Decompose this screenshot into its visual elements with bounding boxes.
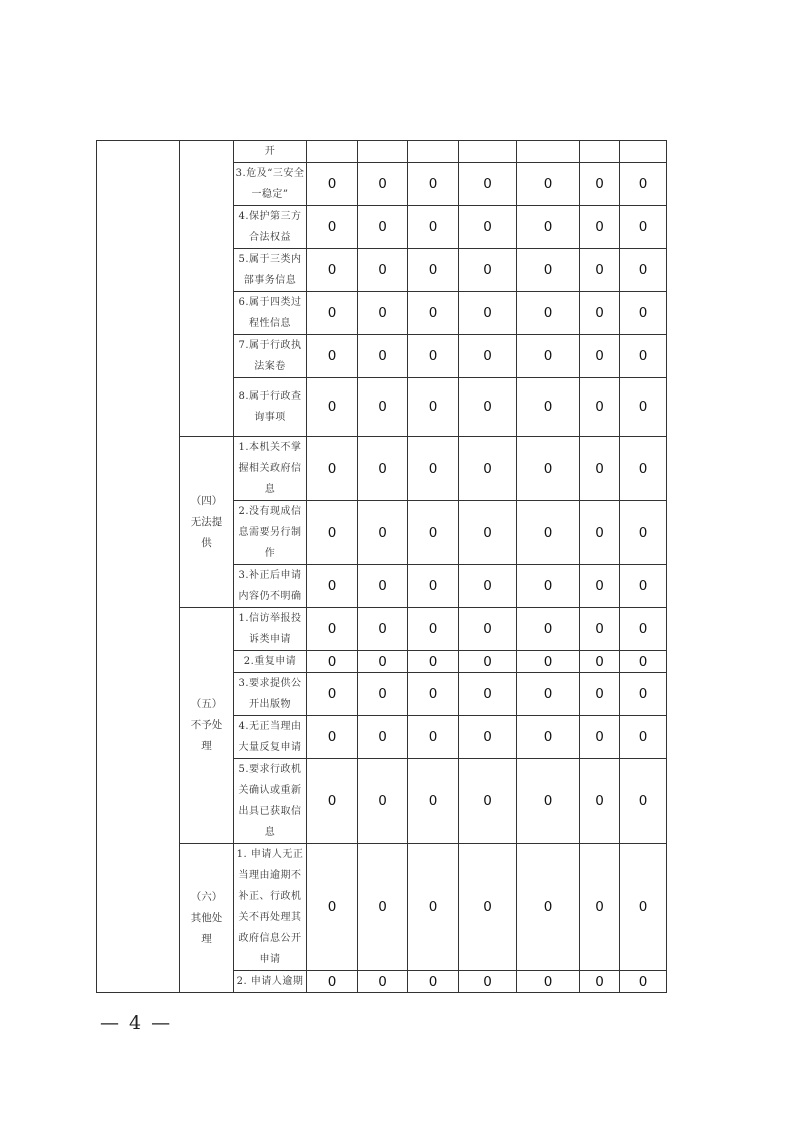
value-cell: 0 xyxy=(307,437,358,501)
value-cell: 0 xyxy=(580,673,620,716)
value-cell: 0 xyxy=(408,501,459,565)
value-cell: 0 xyxy=(620,759,667,844)
value-cell: 0 xyxy=(408,292,459,335)
value-cell: 0 xyxy=(620,437,667,501)
value-cell: 0 xyxy=(307,292,358,335)
value-cell: 0 xyxy=(580,163,620,206)
value-cell: 0 xyxy=(459,378,517,437)
item-label: 1.本机关不掌握相关政府信息 xyxy=(234,437,307,501)
value-cell: 0 xyxy=(517,759,580,844)
item-label: 2.重复申请 xyxy=(234,651,307,673)
value-cell xyxy=(580,141,620,163)
value-cell: 0 xyxy=(408,716,459,759)
value-cell: 0 xyxy=(459,437,517,501)
value-cell: 0 xyxy=(408,673,459,716)
group4-label: （四）无法提供 xyxy=(180,437,234,608)
value-cell xyxy=(408,141,459,163)
item-label: 3.危及“三安全一稳定” xyxy=(234,163,307,206)
value-cell: 0 xyxy=(408,608,459,651)
item-label: 2. 申请人逾期 xyxy=(234,971,307,993)
value-cell: 0 xyxy=(408,335,459,378)
value-cell: 0 xyxy=(517,292,580,335)
value-cell: 0 xyxy=(517,335,580,378)
item-label: 8.属于行政查询事项 xyxy=(234,378,307,437)
value-cell: 0 xyxy=(307,971,358,993)
value-cell: 0 xyxy=(358,206,408,249)
value-cell: 0 xyxy=(459,673,517,716)
item-label: 4.保护第三方合法权益 xyxy=(234,206,307,249)
value-cell: 0 xyxy=(620,163,667,206)
value-cell: 0 xyxy=(620,378,667,437)
item-label: 2.没有现成信息需要另行制作 xyxy=(234,501,307,565)
value-cell: 0 xyxy=(620,971,667,993)
value-cell: 0 xyxy=(517,378,580,437)
value-cell: 0 xyxy=(620,716,667,759)
value-cell xyxy=(620,141,667,163)
value-cell: 0 xyxy=(408,206,459,249)
value-cell: 0 xyxy=(408,651,459,673)
value-cell: 0 xyxy=(459,163,517,206)
value-cell: 0 xyxy=(307,651,358,673)
value-cell: 0 xyxy=(307,249,358,292)
value-cell: 0 xyxy=(408,437,459,501)
value-cell: 0 xyxy=(620,673,667,716)
value-cell: 0 xyxy=(459,971,517,993)
value-cell: 0 xyxy=(580,608,620,651)
group5-label: （五）不予处理 xyxy=(180,608,234,844)
value-cell xyxy=(517,141,580,163)
value-cell: 0 xyxy=(580,335,620,378)
value-cell: 0 xyxy=(517,206,580,249)
value-cell: 0 xyxy=(307,673,358,716)
value-cell: 0 xyxy=(307,565,358,608)
value-cell: 0 xyxy=(408,759,459,844)
value-cell xyxy=(307,141,358,163)
value-cell: 0 xyxy=(459,565,517,608)
category-cell xyxy=(97,141,180,993)
value-cell: 0 xyxy=(517,249,580,292)
value-cell: 0 xyxy=(307,206,358,249)
value-cell: 0 xyxy=(517,673,580,716)
value-cell: 0 xyxy=(580,249,620,292)
item-label: 1.信访举报投诉类申请 xyxy=(234,608,307,651)
value-cell: 0 xyxy=(307,335,358,378)
value-cell: 0 xyxy=(358,716,408,759)
value-cell: 0 xyxy=(408,971,459,993)
value-cell: 0 xyxy=(358,378,408,437)
value-cell: 0 xyxy=(358,335,408,378)
value-cell: 0 xyxy=(517,608,580,651)
value-cell: 0 xyxy=(358,673,408,716)
value-cell: 0 xyxy=(408,378,459,437)
value-cell xyxy=(358,141,408,163)
value-cell: 0 xyxy=(620,608,667,651)
value-cell: 0 xyxy=(620,206,667,249)
page-number: — 4 — xyxy=(100,1012,172,1034)
value-cell: 0 xyxy=(580,651,620,673)
value-cell: 0 xyxy=(580,501,620,565)
value-cell: 0 xyxy=(620,335,667,378)
value-cell: 0 xyxy=(459,716,517,759)
value-cell: 0 xyxy=(620,651,667,673)
value-cell: 0 xyxy=(358,608,408,651)
value-cell: 0 xyxy=(459,292,517,335)
table-row: （四）无法提供1.本机关不掌握相关政府信息0000000 xyxy=(97,437,667,501)
value-cell: 0 xyxy=(580,437,620,501)
value-cell: 0 xyxy=(358,163,408,206)
value-cell: 0 xyxy=(580,565,620,608)
value-cell: 0 xyxy=(620,565,667,608)
value-cell: 0 xyxy=(580,292,620,335)
value-cell: 0 xyxy=(459,335,517,378)
value-cell: 0 xyxy=(620,292,667,335)
value-cell: 0 xyxy=(517,971,580,993)
value-cell: 0 xyxy=(517,501,580,565)
value-cell: 0 xyxy=(580,378,620,437)
value-cell: 0 xyxy=(307,844,358,971)
table-row: 开 xyxy=(97,141,667,163)
value-cell: 0 xyxy=(580,206,620,249)
group6-label: （六）其他处理 xyxy=(180,844,234,993)
value-cell: 0 xyxy=(358,501,408,565)
value-cell: 0 xyxy=(408,249,459,292)
value-cell: 0 xyxy=(358,759,408,844)
value-cell: 0 xyxy=(307,608,358,651)
value-cell: 0 xyxy=(517,651,580,673)
value-cell: 0 xyxy=(517,716,580,759)
value-cell: 0 xyxy=(307,501,358,565)
government-info-disclosure-table: 开3.危及“三安全一稳定”00000004.保护第三方合法权益00000005.… xyxy=(96,140,667,993)
item-label: 5.属于三类内部事务信息 xyxy=(234,249,307,292)
table-row: （五）不予处理1.信访举报投诉类申请0000000 xyxy=(97,608,667,651)
value-cell: 0 xyxy=(517,163,580,206)
value-cell: 0 xyxy=(459,759,517,844)
value-cell: 0 xyxy=(358,971,408,993)
value-cell: 0 xyxy=(408,844,459,971)
item-label: 1. 申请人无正当理由逾期不补正、行政机关不再处理其政府信息公开申请 xyxy=(234,844,307,971)
item-label: 开 xyxy=(234,141,307,163)
value-cell: 0 xyxy=(620,501,667,565)
item-label: 4.无正当理由大量反复申请 xyxy=(234,716,307,759)
value-cell: 0 xyxy=(580,844,620,971)
value-cell: 0 xyxy=(408,163,459,206)
value-cell: 0 xyxy=(358,437,408,501)
value-cell: 0 xyxy=(459,844,517,971)
value-cell: 0 xyxy=(408,565,459,608)
value-cell: 0 xyxy=(358,565,408,608)
value-cell: 0 xyxy=(580,716,620,759)
value-cell: 0 xyxy=(358,292,408,335)
value-cell: 0 xyxy=(358,651,408,673)
value-cell: 0 xyxy=(517,565,580,608)
table-row: （六）其他处理1. 申请人无正当理由逾期不补正、行政机关不再处理其政府信息公开申… xyxy=(97,844,667,971)
value-cell: 0 xyxy=(620,844,667,971)
item-label: 3.补正后申请内容仍不明确 xyxy=(234,565,307,608)
value-cell: 0 xyxy=(358,249,408,292)
value-cell: 0 xyxy=(517,844,580,971)
value-cell: 0 xyxy=(358,844,408,971)
value-cell: 0 xyxy=(459,501,517,565)
value-cell: 0 xyxy=(459,249,517,292)
value-cell: 0 xyxy=(620,249,667,292)
value-cell: 0 xyxy=(307,716,358,759)
value-cell xyxy=(459,141,517,163)
value-cell: 0 xyxy=(517,437,580,501)
item-label: 7.属于行政执法案卷 xyxy=(234,335,307,378)
value-cell: 0 xyxy=(459,608,517,651)
value-cell: 0 xyxy=(307,378,358,437)
value-cell: 0 xyxy=(307,759,358,844)
value-cell: 0 xyxy=(307,163,358,206)
value-cell: 0 xyxy=(459,206,517,249)
item-label: 3.要求提供公开出版物 xyxy=(234,673,307,716)
item-label: 6.属于四类过程性信息 xyxy=(234,292,307,335)
value-cell: 0 xyxy=(459,651,517,673)
value-cell: 0 xyxy=(580,759,620,844)
item-label: 5.要求行政机关确认或重新出具已获取信息 xyxy=(234,759,307,844)
value-cell: 0 xyxy=(580,971,620,993)
group3-cell xyxy=(180,141,234,437)
